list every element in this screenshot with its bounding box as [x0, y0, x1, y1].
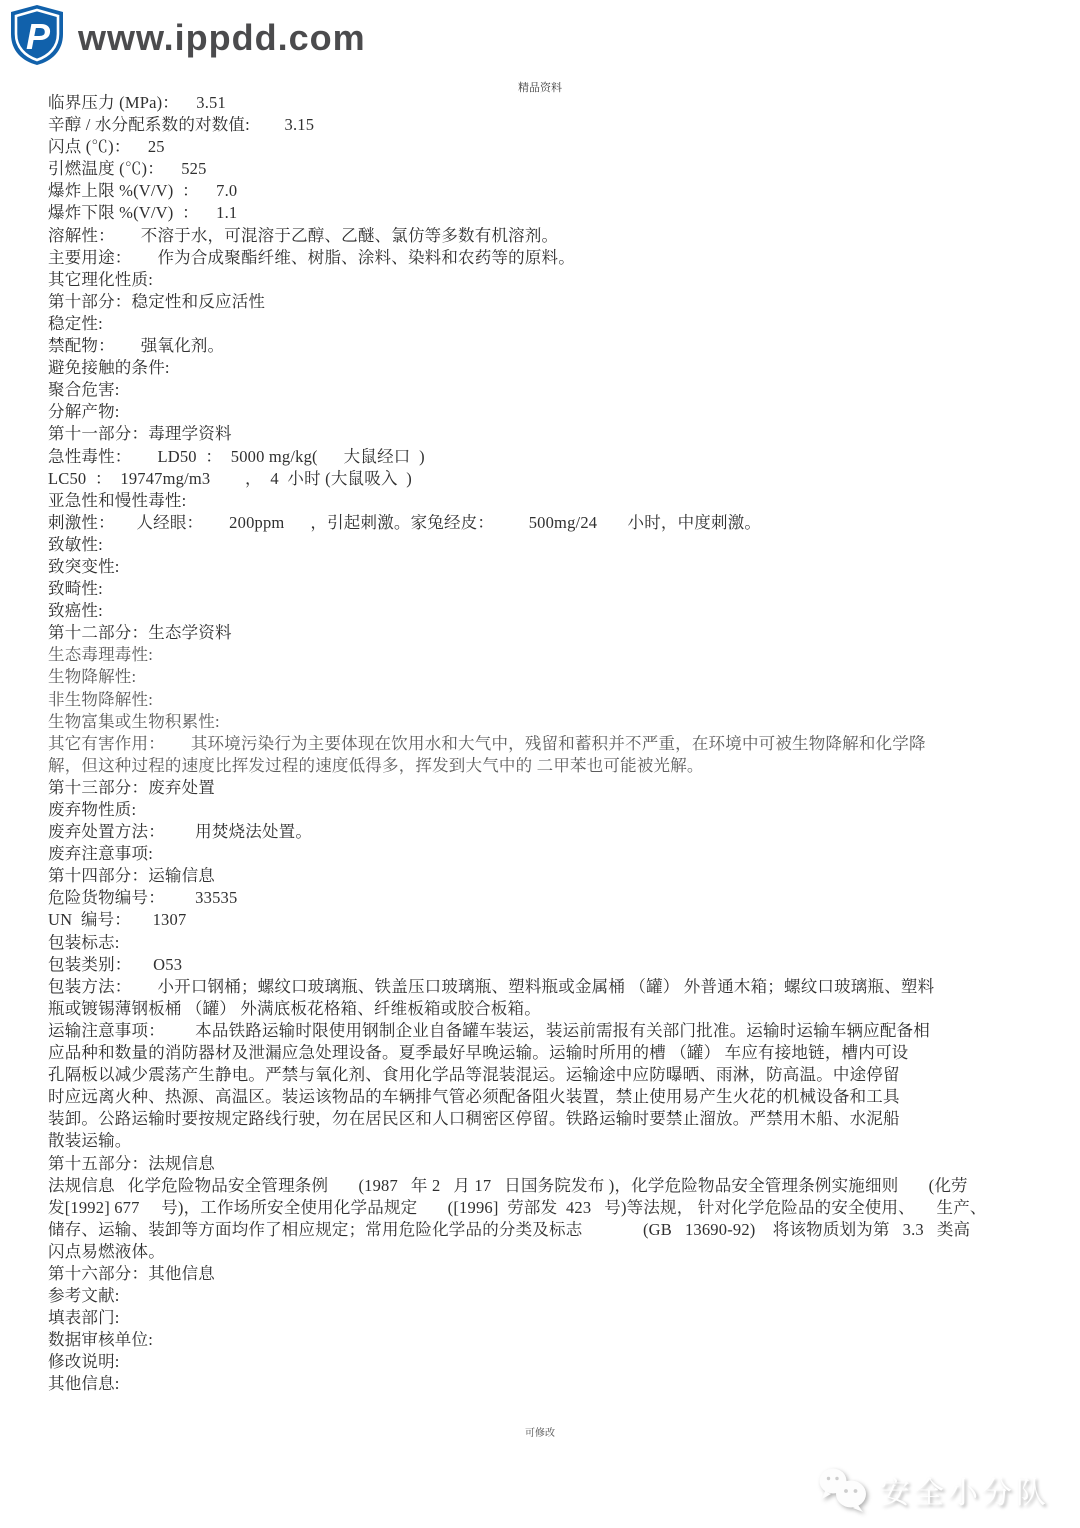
regulatory-info-line-4: 闪点易燃液体。 — [48, 1241, 1072, 1263]
flash-point-line: 闪点 (℃)： 25 — [48, 136, 1072, 158]
biodegradability-line: 生物降解性: — [48, 666, 1072, 688]
references-line: 参考文献: — [48, 1285, 1072, 1307]
watermark: 安全小分队 — [816, 1466, 1050, 1514]
revision-notes-line: 修改说明: — [48, 1351, 1072, 1373]
document-page: P www.ippdd.com 精品资料 临界压力 (MPa)： 3.51 辛醇… — [0, 0, 1080, 1528]
regulatory-info-line-2: 发[1992] 677 号)，工作场所安全使用化学品规定 ([1996] 劳部发… — [48, 1197, 1072, 1219]
other-harmful-effects-line-1: 其它有害作用： 其环境污染行为主要体现在饮用水和大气中，残留和蓄积并不严重，在环… — [48, 733, 1072, 755]
explosive-upper-limit-line: 爆炸上限 %(V/V) ： 7.0 — [48, 180, 1072, 202]
polymerization-hazard-line: 聚合危害: — [48, 379, 1072, 401]
other-harmful-effects-line-2: 解，但这种过程的速度比挥发过程的速度低得多，挥发到大气中的 二甲苯也可能被光解。 — [48, 755, 1072, 777]
packaging-method-line-1: 包装方法： 小开口钢桶；螺纹口玻璃瓶、铁盖压口玻璃瓶、塑料瓶或金属桶 （罐） 外… — [48, 976, 1072, 998]
disposal-method-line: 废弃处置方法： 用焚烧法处置。 — [48, 821, 1072, 843]
packaging-category-line: 包装类别： O53 — [48, 954, 1072, 976]
site-logo: P www.ippdd.com — [8, 4, 366, 71]
other-info-line: 其他信息: — [48, 1373, 1072, 1395]
bioaccumulation-line: 生物富集或生物积累性: — [48, 711, 1072, 733]
document-body: 临界压力 (MPa)： 3.51 辛醇 / 水分配系数的对数值: 3.15 闪点… — [48, 92, 1072, 1396]
lc50-line: LC50 ： 19747mg/m3 ， 4 小时 (大鼠吸入 ) — [48, 468, 1072, 490]
watermark-text: 安全小分队 — [880, 1468, 1050, 1512]
abiotic-degradability-line: 非生物降解性: — [48, 689, 1072, 711]
section-16-heading: 第十六部分：其他信息 — [48, 1263, 1072, 1285]
incompatibilities-line: 禁配物： 强氧化剂。 — [48, 335, 1072, 357]
section-11-heading: 第十一部分：毒理学资料 — [48, 423, 1072, 445]
packaging-method-line-2: 瓶或镀锡薄钢板桶 （罐） 外满底板花格箱、纤维板箱或胶合板箱。 — [48, 998, 1072, 1020]
solubility-line: 溶解性： 不溶于水，可混溶于乙醇、乙醚、氯仿等多数有机溶剂。 — [48, 225, 1072, 247]
editable-label: 可修改 — [0, 1424, 1080, 1439]
data-review-unit-line: 数据审核单位: — [48, 1329, 1072, 1351]
dangerous-goods-number-line: 危险货物编号： 33535 — [48, 887, 1072, 909]
section-10-heading: 第十部分：稳定性和反应活性 — [48, 291, 1072, 313]
ignition-temperature-line: 引燃温度 (℃)： 525 — [48, 158, 1072, 180]
main-uses-line: 主要用途： 作为合成聚酯纤维、树脂、涂料、染料和农药等的原料。 — [48, 247, 1072, 269]
explosive-lower-limit-line: 爆炸下限 %(V/V) ： 1.1 — [48, 202, 1072, 224]
irritation-line: 刺激性： 人经眼： 200ppm ，引起刺激。家兔经皮： 500mg/24 小时… — [48, 512, 1072, 534]
subacute-chronic-toxicity-line: 亚急性和慢性毒性: — [48, 490, 1072, 512]
stability-line: 稳定性: — [48, 313, 1072, 335]
critical-pressure-line: 临界压力 (MPa)： 3.51 — [48, 92, 1072, 114]
regulatory-info-line-1: 法规信息 化学危险物品安全管理条例 (1987 年 2 月 17 日国务院发布 … — [48, 1175, 1072, 1197]
section-13-heading: 第十三部分：废弃处置 — [48, 777, 1072, 799]
un-number-line: UN 编号： 1307 — [48, 909, 1072, 931]
section-12-heading: 第十二部分：生态学资料 — [48, 622, 1072, 644]
mutagenicity-line: 致突变性: — [48, 556, 1072, 578]
wechat-icon — [816, 1466, 870, 1514]
transport-precautions-line-6: 散装运输。 — [48, 1130, 1072, 1152]
section-15-heading: 第十五部分：法规信息 — [48, 1153, 1072, 1175]
carcinogenicity-line: 致癌性: — [48, 600, 1072, 622]
waste-nature-line: 废弃物性质: — [48, 799, 1072, 821]
disposal-precautions-line: 废弃注意事项: — [48, 843, 1072, 865]
transport-precautions-line-1: 运输注意事项： 本品铁路运输时限使用钢制企业自备罐车装运，装运前需报有关部门批准… — [48, 1020, 1072, 1042]
transport-precautions-line-5: 装卸。公路运输时要按规定路线行驶，勿在居民区和人口稠密区停留。铁路运输时要禁止溜… — [48, 1108, 1072, 1130]
other-properties-line: 其它理化性质: — [48, 269, 1072, 291]
transport-precautions-line-3: 孔隔板以减少震荡产生静电。严禁与氧化剂、食用化学品等混装混运。运输途中应防曝晒、… — [48, 1064, 1072, 1086]
ecotoxicity-line: 生态毒理毒性: — [48, 644, 1072, 666]
site-url-text: www.ippdd.com — [78, 17, 366, 59]
svg-text:P: P — [26, 16, 51, 57]
section-14-heading: 第十四部分：运输信息 — [48, 865, 1072, 887]
octanol-water-partition-line: 辛醇 / 水分配系数的对数值: 3.15 — [48, 114, 1072, 136]
transport-precautions-line-4: 时应远离火种、热源、高温区。装运该物品的车辆排气管必须配备阻火装置，禁止使用易产… — [48, 1086, 1072, 1108]
conditions-to-avoid-line: 避免接触的条件: — [48, 357, 1072, 379]
logo-shield-icon: P — [8, 4, 66, 71]
packaging-mark-line: 包装标志: — [48, 932, 1072, 954]
acute-toxicity-line: 急性毒性： LD50 ： 5000 mg/kg( 大鼠经口 ) — [48, 446, 1072, 468]
regulatory-info-line-3: 储存、运输、装卸等方面均作了相应规定；常用危险化学品的分类及标志 (GB 136… — [48, 1219, 1072, 1241]
teratogenicity-line: 致畸性: — [48, 578, 1072, 600]
transport-precautions-line-2: 应品种和数量的消防器材及泄漏应急处理设备。夏季最好早晚运输。运输时所用的槽 （罐… — [48, 1042, 1072, 1064]
sensitization-line: 致敏性: — [48, 534, 1072, 556]
decomposition-products-line: 分解产物: — [48, 401, 1072, 423]
form-department-line: 填表部门: — [48, 1307, 1072, 1329]
